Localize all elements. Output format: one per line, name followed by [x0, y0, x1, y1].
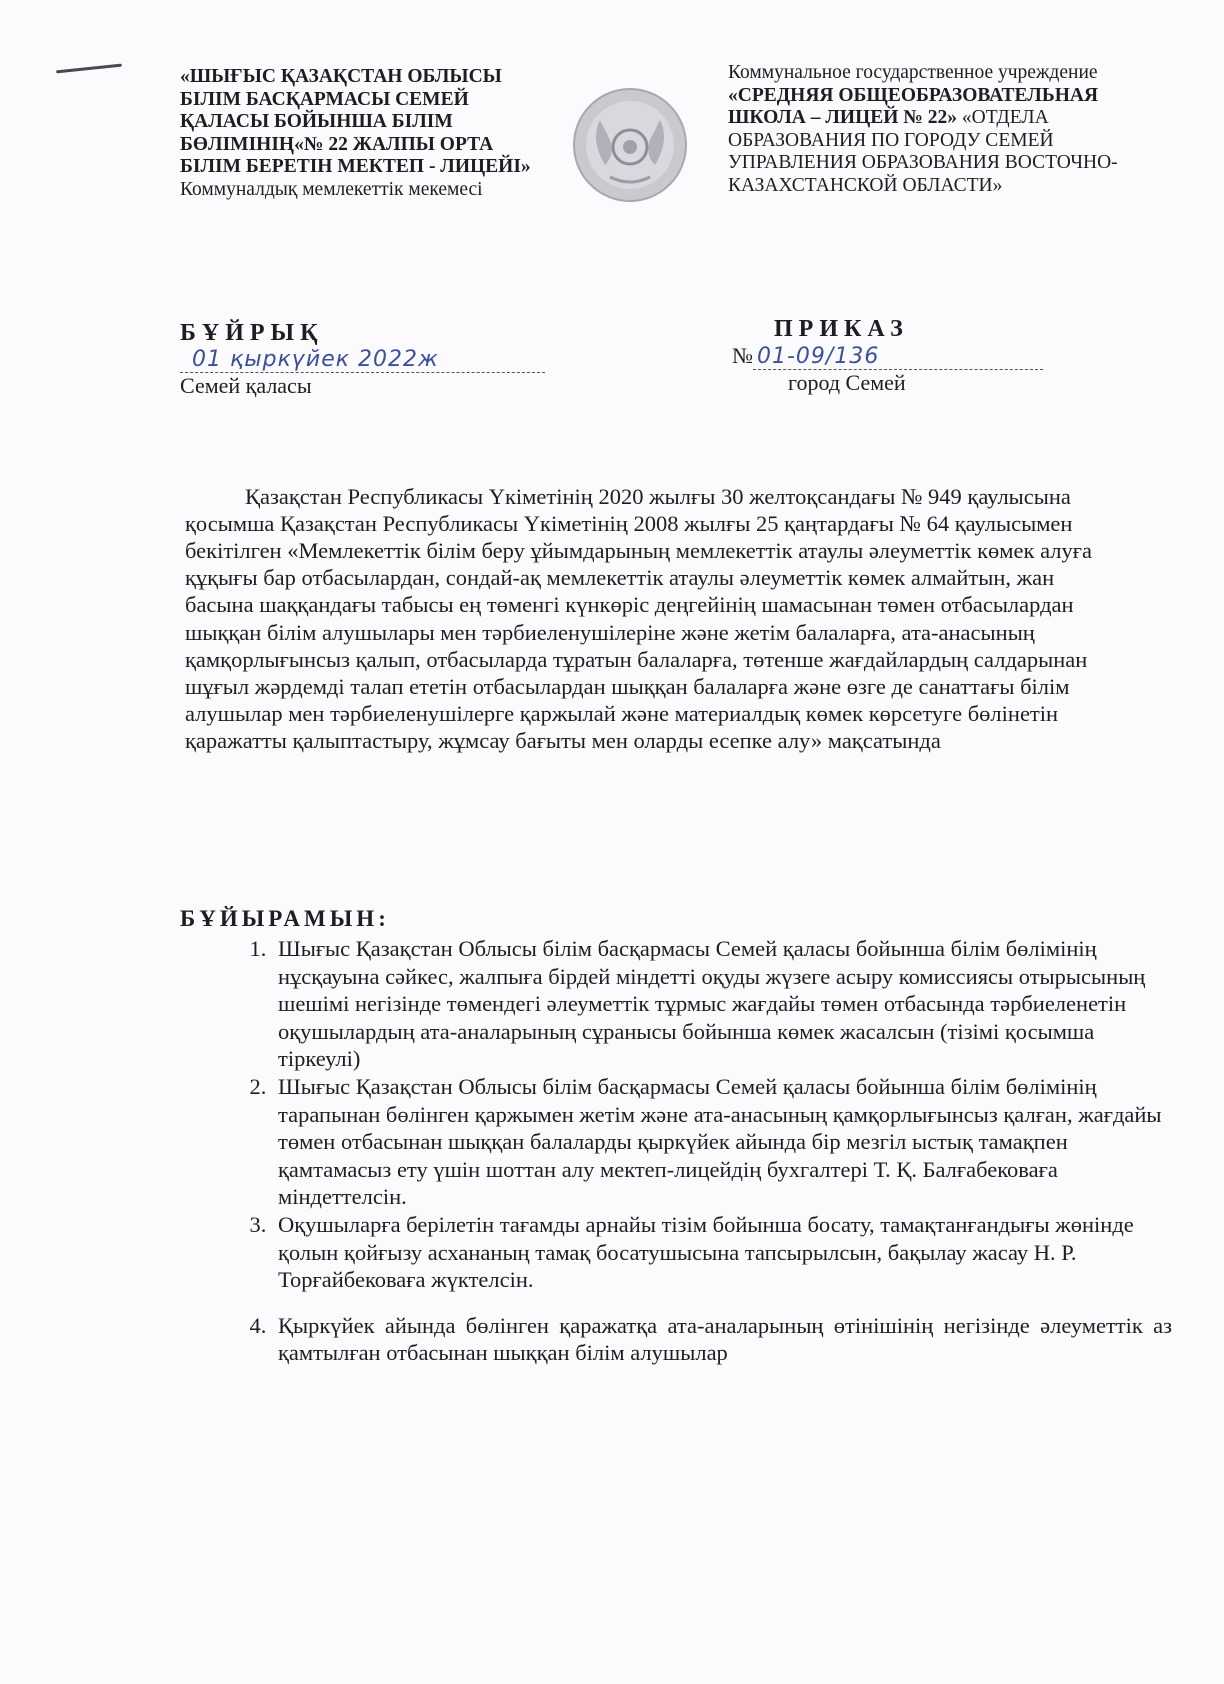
- order-date-handwritten: 01 қыркүйек 2022ж: [180, 347, 439, 372]
- order-block-ru: ПРИКАЗ №01-09/136 город Семей: [752, 316, 1043, 396]
- header-left-plain: Коммуналдық мемлекеттік мекемесі: [180, 179, 483, 200]
- order-number-prefix: №: [732, 343, 753, 368]
- header-left-bold: «ШЫҒЫС ҚАЗАҚСТАН ОБЛЫСЫ БІЛІМ БАСҚАРМАСЫ…: [180, 66, 531, 177]
- state-emblem-icon: [570, 85, 690, 205]
- header-left-kz: «ШЫҒЫС ҚАЗАҚСТАН ОБЛЫСЫ БІЛІМ БАСҚАРМАСЫ…: [180, 66, 540, 201]
- order-item-1: Шығыс Қазақстан Облысы білім басқармасы …: [272, 935, 1172, 1073]
- order-city-ru: город Семей: [788, 370, 1043, 396]
- staple-mark: [56, 64, 122, 74]
- order-block-kz: БҰЙРЫҚ 01 қыркүйек 2022ж Семей қаласы: [180, 320, 545, 399]
- header-right-ru: Коммунальное государственное учреждение …: [728, 62, 1148, 198]
- order-item-4: Қыркүйек айында бөлінген қаражатқа ата-а…: [272, 1312, 1172, 1367]
- order-city-kz: Семей қаласы: [180, 373, 545, 399]
- header-right-prefix: Коммунальное государственное учреждение: [728, 62, 1098, 83]
- order-item-3: Оқушыларға берілетін тағамды арнайы тізі…: [272, 1211, 1172, 1294]
- preamble-paragraph: Қазақстан Республикасы Үкіметінің 2020 ж…: [185, 483, 1115, 755]
- order-title-ru: ПРИКАЗ: [774, 316, 1043, 343]
- order-heading: БҰЙЫРАМЫН:: [180, 906, 390, 932]
- order-number-handwritten: 01-09/136: [753, 344, 879, 369]
- order-item-2: Шығыс Қазақстан Облысы білім басқармасы …: [272, 1073, 1172, 1211]
- order-title-kz: БҰЙРЫҚ: [180, 320, 545, 347]
- order-items-list: Шығыс Қазақстан Облысы білім басқармасы …: [228, 935, 1172, 1367]
